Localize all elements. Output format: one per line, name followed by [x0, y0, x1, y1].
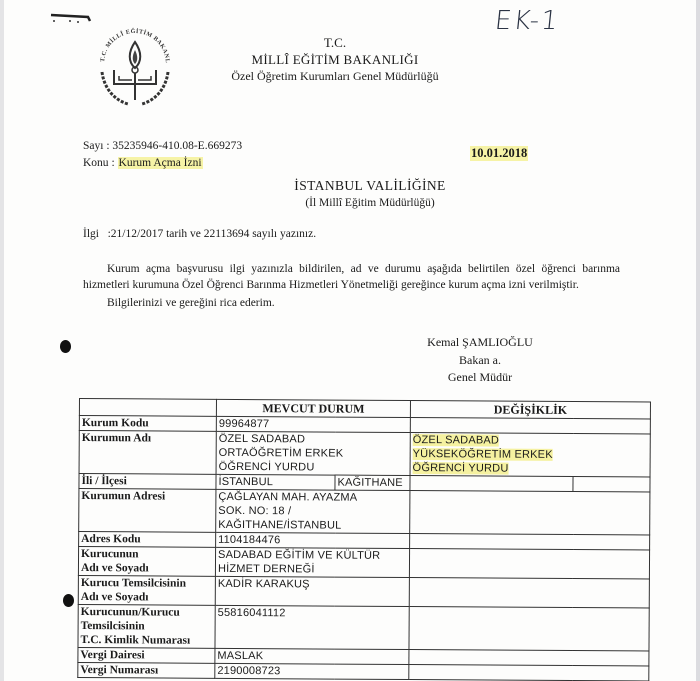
- sayi-line: Sayı : 35235946-410.08-E.669273: [83, 138, 242, 155]
- ministry-name: MİLLÎ EĞİTİM BAKANLIĞI: [230, 51, 440, 68]
- header-change: DEĞİŞİKLİK: [410, 401, 650, 419]
- changed-institution-name: ÖZEL SADABAD YÜKSEKÖĞRETİM ERKEK ÖĞRENCİ…: [410, 433, 650, 477]
- directorate-name: Özel Öğretim Kurumları Genel Müdürlüğü: [230, 68, 440, 85]
- table-row: Kurumun Adı ÖZEL SADABAD ORTAÖĞRETİM ERK…: [79, 431, 650, 477]
- document-meta: Sayı : 35235946-410.08-E.669273 Konu : K…: [83, 138, 242, 172]
- scribble-mark-icon: [50, 12, 92, 24]
- konu-value: Kurum Açma İzni: [118, 157, 203, 169]
- document-date: 10.01.2018: [470, 146, 528, 161]
- institution-info-table: MEVCUT DURUM DEĞİŞİKLİK Kurum Kodu 99964…: [77, 398, 651, 681]
- svg-text:T.C. MİLLÎ EĞİTİM BAKANLIĞI: T.C. MİLLÎ EĞİTİM BAKANLIĞI: [92, 20, 170, 64]
- ilgi-value: :21/12/2017 tarih ve 22113694 sayılı yaz…: [108, 228, 316, 240]
- signatory-title-1: Bakan a.: [410, 352, 550, 370]
- body-paragraph-1: Kurum açma başvurusu ilgi yazınızla bild…: [83, 262, 620, 293]
- addressee: İSTANBUL VALİLİĞİNE (İl Millî Eğitim Müd…: [270, 177, 470, 211]
- sayi-label: Sayı: [83, 140, 103, 152]
- ilgi-label: İlgi: [83, 228, 99, 240]
- konu-line: Konu : Kurum Açma İzni: [83, 155, 242, 172]
- country-label: T.C.: [230, 34, 440, 51]
- signatory-name: Kemal ŞAMLIOĞLU: [410, 334, 550, 352]
- konu-label: Konu: [83, 157, 109, 169]
- letter-body: Kurum açma başvurusu ilgi yazınızla bild…: [83, 262, 620, 312]
- table-row: Vergi Numarası 2190008723: [78, 662, 649, 680]
- addressee-line1: İSTANBUL VALİLİĞİNE: [270, 177, 470, 195]
- punch-hole-mark: [60, 340, 71, 353]
- signatory-title-2: Genel Müdür: [410, 369, 550, 387]
- signature-block: Kemal ŞAMLIOĞLU Bakan a. Genel Müdür: [410, 334, 550, 387]
- table-row: Kurucu Temsilcisinin Adı ve Soyadı KADİR…: [78, 575, 649, 607]
- letterhead: T.C. MİLLÎ EĞİTİM BAKANLIĞI Özel Öğretim…: [230, 34, 440, 85]
- handwritten-annex-label: EK-1: [493, 6, 561, 36]
- body-paragraph-2: Bilgilerinizi ve gereğini rica ederim.: [83, 296, 620, 312]
- page-edge-right: [696, 0, 700, 681]
- ilgi-line: İlgi :21/12/2017 tarih ve 22113694 sayıl…: [83, 228, 316, 240]
- table-row: Kurumun Adresi ÇAĞLAYAN MAH. AYAZMA SOK.…: [79, 489, 650, 535]
- page-edge-left: [0, 0, 4, 681]
- sayi-value: : 35235946-410.08-E.669273: [106, 140, 242, 152]
- punch-hole-mark: [63, 594, 74, 607]
- header-current: MEVCUT DURUM: [216, 399, 410, 417]
- meb-emblem-icon: T.C. MİLLÎ EĞİTİM BAKANLIĞI: [92, 20, 178, 110]
- addressee-line2: (İl Millî Eğitim Müdürlüğü): [270, 195, 470, 211]
- table-row: Kurucunun/Kurucu Temsilcisinin T.C. Kiml…: [78, 604, 649, 650]
- table-row: Kurucunun Adı ve Soyadı SADABAD EĞİTİM V…: [78, 547, 649, 579]
